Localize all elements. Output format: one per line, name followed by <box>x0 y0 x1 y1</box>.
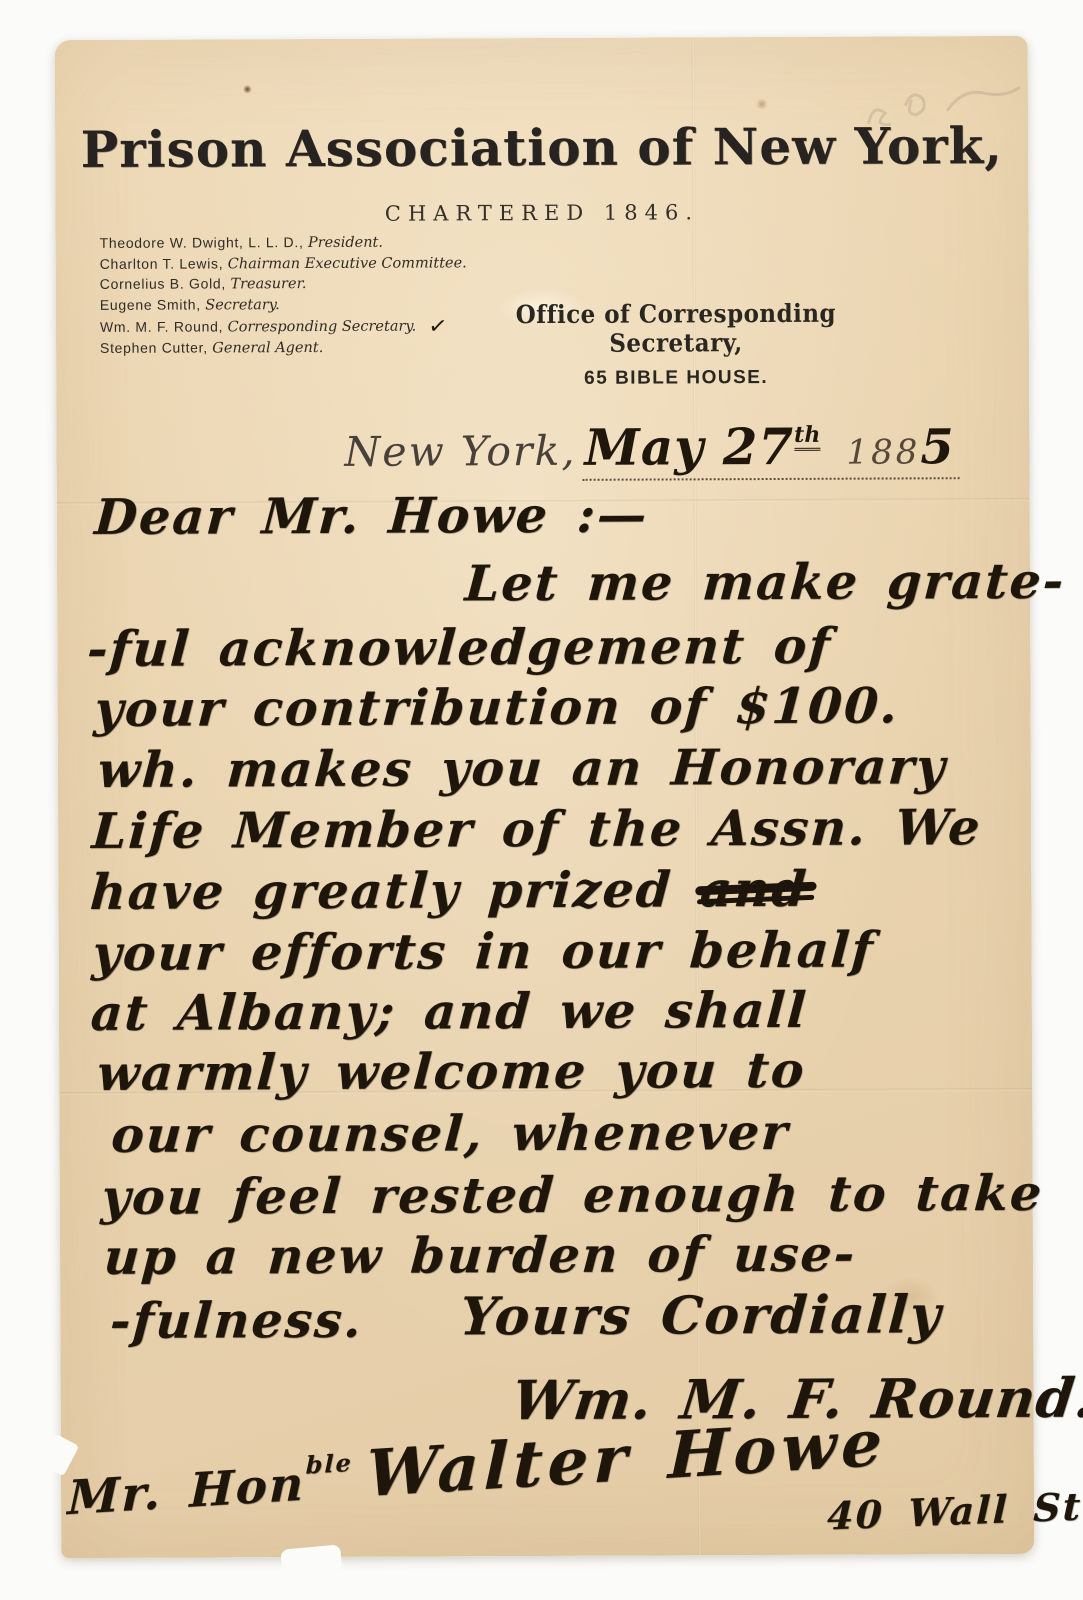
addressee-superscript: ble <box>305 1448 353 1480</box>
officer-role: Chairman Executive Committee. <box>228 255 467 272</box>
salutation: Dear Mr. Howe :— <box>93 486 650 546</box>
body-line: -fulness. <box>108 1291 365 1350</box>
letterhead-title: Prison Association of New York, <box>55 116 1028 179</box>
officer-name: Wm. M. F. Round, <box>100 318 223 335</box>
stain-spot <box>755 99 769 109</box>
dateline-rule: May 27th1885 <box>582 416 960 481</box>
body-line: you feel rested enough to take <box>100 1164 1045 1226</box>
officer-name: Charlton T. Lewis, <box>100 255 224 272</box>
dateline: New York,May 27th1885 <box>344 416 959 482</box>
officers-list: Theodore W. Dwight, L. L. D., President.… <box>100 232 468 359</box>
body-line: Life Member of the Assn. We <box>90 798 983 860</box>
officer-row: Eugene Smith, Secretary. <box>100 294 467 316</box>
letter-paper: Prison Association of New York, CHARTERE… <box>55 36 1035 1558</box>
body-line: up a new burden of use- <box>102 1225 858 1286</box>
officer-name: Theodore W. Dwight, L. L. D., <box>100 234 304 251</box>
body-line-with-strike: have greatly prized and <box>89 860 810 921</box>
officer-name: Cornelius B. Gold, <box>100 275 226 292</box>
body-line: warmly welcome you to <box>95 1041 807 1102</box>
body-line: your efforts in our behalf <box>91 921 877 982</box>
ink-spot <box>243 85 252 93</box>
dateline-year-printed: 188 <box>846 432 920 472</box>
body-line: your contribution of $100. <box>93 676 901 738</box>
dateline-place: New York, <box>344 427 576 476</box>
scanned-letter-photo: { "page": { "paper_color": "#ead5b1", "i… <box>0 0 1083 1600</box>
body-line: have greatly prized <box>89 860 675 921</box>
body-line: -ful acknowledgement of <box>85 617 833 678</box>
officer-role: Corresponding Secretary. <box>228 319 417 336</box>
struck-word: and <box>698 860 809 918</box>
letterhead-chartered: CHARTERED 1846. <box>55 199 1028 227</box>
body-line: wh. makes you an Honorary <box>96 737 949 799</box>
addressee-street: 40 Wall St. <box>827 1483 1083 1539</box>
torn-edge-chip-bottom <box>280 1544 342 1575</box>
dateline-year-digit: 5 <box>920 419 954 475</box>
officer-name: Stephen Cutter, <box>100 339 208 355</box>
officer-role: Treasurer. <box>230 276 306 292</box>
office-block: Office of Corresponding Secretary, 65 BI… <box>456 298 896 390</box>
officer-role: President. <box>308 235 383 251</box>
officer-name: Eugene Smith, <box>100 296 201 312</box>
officer-row: Wm. M. F. Round, Corresponding Secretary… <box>100 314 467 338</box>
dateline-ordinal: th <box>794 422 820 451</box>
officer-row: Theodore W. Dwight, L. L. D., President. <box>100 232 467 254</box>
body-line: our counsel, whenever <box>110 1103 791 1164</box>
closing: Yours Cordially <box>458 1284 944 1347</box>
bible-house-address: 65 BIBLE HOUSE. <box>456 366 896 390</box>
office-of-corresponding-secretary: Office of Corresponding Secretary, <box>473 299 878 359</box>
officer-row: Charlton T. Lewis, Chairman Executive Co… <box>100 253 467 275</box>
body-line: at Albany; and we shall <box>89 981 809 1042</box>
checkmark-icon: ✓ <box>427 316 448 338</box>
officer-role: Secretary. <box>205 297 280 313</box>
addressee-name: Walter Howe <box>365 1405 887 1512</box>
addressee-line: Mr. HonbleWalter Howe <box>67 1405 888 1530</box>
addressee-prefix: Mr. Hon <box>67 1457 306 1527</box>
body-line: Let me make grate- <box>463 552 1067 613</box>
officer-role: General Agent. <box>212 339 323 355</box>
officer-row: Stephen Cutter, General Agent. <box>100 337 467 359</box>
dateline-month-day: May 27 <box>584 417 794 477</box>
officer-row: Cornelius B. Gold, Treasurer. <box>100 273 467 295</box>
